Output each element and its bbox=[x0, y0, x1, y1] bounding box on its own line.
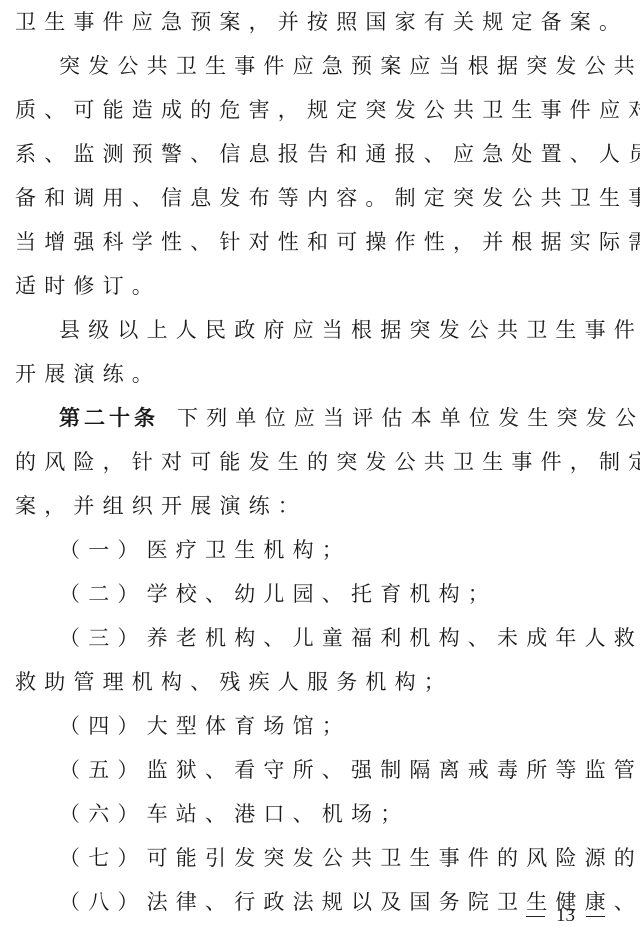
paragraph-line: 质、可能造成的危害，规定突发公共卫生事件应对的组织指挥体 bbox=[15, 95, 640, 125]
paragraph-line: 系、监测预警、信息报告和通报、应急处置、人员调集、物资储 bbox=[15, 139, 640, 169]
paragraph-line: 适时修订。 bbox=[15, 271, 161, 301]
list-item-continuation: 救助管理机构、残疾人服务机构； bbox=[15, 667, 453, 697]
article-heading-line: 第二十条下列单位应当评估本单位发生突发公共卫生事件 bbox=[59, 403, 640, 433]
paragraph-line: 备和调用、信息发布等内容。制定突发公共卫生事件应急预案应 bbox=[15, 183, 640, 213]
paragraph-line: 县级以上人民政府应当根据突发公共卫生事件应急预案组织 bbox=[59, 315, 640, 345]
page-number-footer: 13 bbox=[515, 905, 616, 927]
dash-right bbox=[586, 916, 605, 918]
article-text: 下列单位应当评估本单位发生突发公共卫生事件 bbox=[177, 406, 640, 430]
paragraph-line: 案，并组织开展演练： bbox=[15, 491, 307, 521]
paragraph-line: 的风险，针对可能发生的突发公共卫生事件，制定相应的应急预 bbox=[15, 447, 640, 477]
paragraph-line: 突发公共卫生事件应急预案应当根据突发公共卫生事件的性 bbox=[59, 51, 640, 81]
list-item: （四）大型体育场馆； bbox=[59, 711, 351, 741]
list-item: （七）可能引发突发公共卫生事件的风险源的管理使用单位； bbox=[59, 843, 640, 873]
paragraph-line: 当增强科学性、针对性和可操作性，并根据实际需要和形势变化 bbox=[15, 227, 640, 257]
list-item: （一）医疗卫生机构； bbox=[59, 535, 351, 565]
list-item: （五）监狱、看守所、强制隔离戒毒所等监管场所； bbox=[59, 755, 640, 785]
paragraph-line: 开展演练。 bbox=[15, 359, 161, 389]
paragraph-line: 卫生事件应急预案，并按照国家有关规定备案。 bbox=[15, 7, 628, 37]
page-number: 13 bbox=[556, 905, 575, 926]
article-title: 第二十条 bbox=[59, 406, 159, 430]
list-item: （三）养老机构、儿童福利机构、未成年人救助保护机构、 bbox=[59, 623, 640, 653]
list-item: （六）车站、港口、机场； bbox=[59, 799, 409, 829]
dash-left bbox=[526, 916, 545, 918]
list-item: （二）学校、幼儿园、托育机构； bbox=[59, 579, 497, 609]
